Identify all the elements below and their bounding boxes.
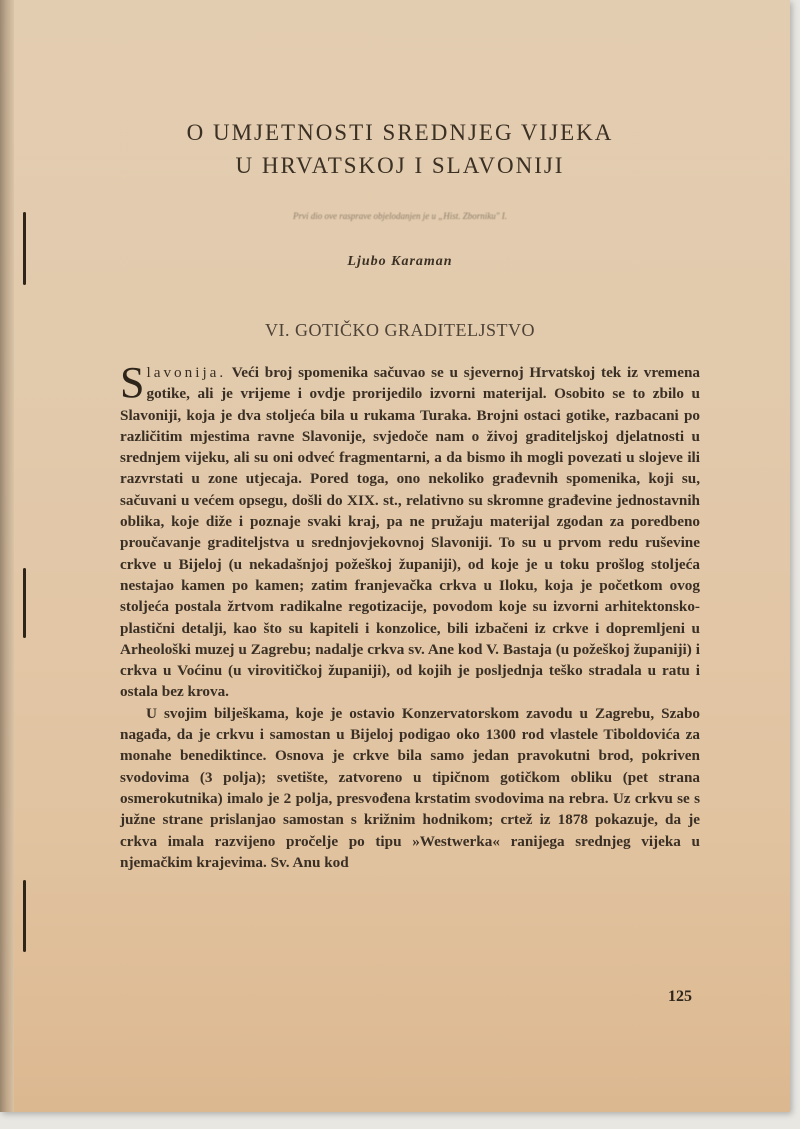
paragraph-1: Slavonija. Veći broj spomenika sačuvao s…: [120, 362, 700, 703]
margin-mark-1: [23, 212, 26, 285]
article-title: O UMJETNOSTI SREDNJEG VIJEKA U HRVATSKOJ…: [0, 116, 790, 182]
paragraph-2: U svojim bilješkama, koje je ostavio Kon…: [120, 703, 700, 873]
author-name: Ljubo Karaman: [0, 254, 790, 270]
publication-note: Prvi dio ove rasprave objelodanjen je u …: [0, 211, 790, 221]
article-body: Slavonija. Veći broj spomenika sačuvao s…: [120, 362, 700, 873]
margin-mark-3: [23, 880, 26, 952]
paragraph-1-text: Veći broj spomenika sačuvao se u sjevern…: [120, 364, 700, 700]
margin-mark-2: [23, 568, 26, 638]
title-line-2: U HRVATSKOJ I SLAVONIJI: [0, 149, 790, 182]
drop-cap: S: [120, 364, 144, 402]
page-number: 125: [668, 988, 692, 1006]
title-line-1: O UMJETNOSTI SREDNJEG VIJEKA: [0, 116, 790, 149]
section-heading: VI. GOTIČKO GRADITELJSTVO: [0, 320, 790, 341]
lead-word: lavonija.: [146, 364, 226, 381]
book-page: O UMJETNOSTI SREDNJEG VIJEKA U HRVATSKOJ…: [0, 0, 790, 1112]
